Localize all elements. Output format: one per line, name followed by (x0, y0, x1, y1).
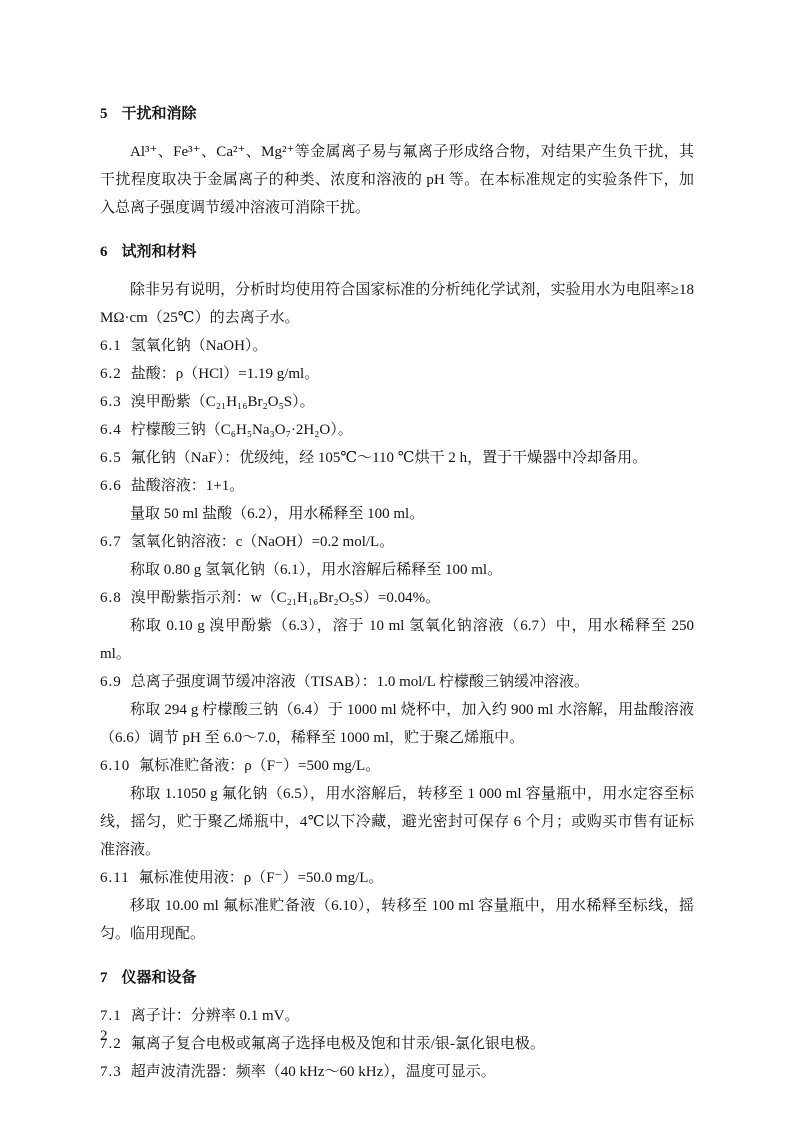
item-number: 6.11 (100, 870, 130, 886)
item-text: 盐酸：ρ（HCl）=1.19 g/ml。 (131, 366, 319, 382)
paragraph: 移取 10.00 ml 氟标准贮备液（6.10），转移至 100 ml 容量瓶中… (100, 892, 694, 948)
list-item: 6.11氟标准使用液：ρ（F⁻）=50.0 mg/L。 (100, 864, 694, 892)
document-content: 5干扰和消除Al³⁺、Fe³⁺、Ca²⁺、Mg²⁺等金属离子易与氟离子形成络合物… (100, 100, 694, 1086)
section-title: 试剂和材料 (122, 243, 197, 260)
paragraph: 称取 0.10 g 溴甲酚紫（6.3），溶于 10 ml 氢氧化钠溶液（6.7）… (100, 612, 694, 668)
item-text: 溴甲酚紫指示剂：w（C₂₁H₁₆Br₂O₅S）=0.04%。 (131, 590, 440, 606)
paragraph: 称取 294 g 柠檬酸三钠（6.4）于 1000 ml 烧杯中，加入约 900… (100, 696, 694, 752)
page-number: 2 (100, 1022, 108, 1050)
list-item: 6.7氢氧化钠溶液：c（NaOH）=0.2 mol/L。 (100, 528, 694, 556)
section-heading: 7仪器和设备 (100, 964, 694, 992)
item-text: 柠檬酸三钠（C₆H₅Na₃O₇·2H₂O）。 (131, 422, 353, 438)
item-number: 6.10 (100, 758, 130, 774)
list-item: 7.1离子计：分辨率 0.1 mV。 (100, 1002, 694, 1030)
list-item: 6.6盐酸溶液：1+1。 (100, 472, 694, 500)
item-text: 氟标准贮备液：ρ（F⁻）=500 mg/L。 (139, 758, 380, 774)
list-item: 6.8溴甲酚紫指示剂：w（C₂₁H₁₆Br₂O₅S）=0.04%。 (100, 584, 694, 612)
document-page: 5干扰和消除Al³⁺、Fe³⁺、Ca²⁺、Mg²⁺等金属离子易与氟离子形成络合物… (0, 0, 794, 1123)
item-text: 氢氧化钠（NaOH）。 (131, 338, 268, 354)
item-number: 7.3 (100, 1064, 122, 1080)
paragraph: Al³⁺、Fe³⁺、Ca²⁺、Mg²⁺等金属离子易与氟离子形成络合物，对结果产生… (100, 138, 694, 222)
item-number: 6.2 (100, 366, 122, 382)
item-text: 离子计：分辨率 0.1 mV。 (131, 1008, 300, 1024)
list-item: 6.1氢氧化钠（NaOH）。 (100, 332, 694, 360)
item-text: 超声波清洗器：频率（40 kHz～60 kHz），温度可显示。 (131, 1064, 496, 1080)
item-number: 6.1 (100, 338, 122, 354)
item-number: 6.7 (100, 534, 122, 550)
item-text: 氟标准使用液：ρ（F⁻）=50.0 mg/L。 (139, 870, 384, 886)
item-number: 6.9 (100, 674, 122, 690)
list-item: 6.4柠檬酸三钠（C₆H₅Na₃O₇·2H₂O）。 (100, 416, 694, 444)
item-text: 氟化钠（NaF）：优级纯，经 105℃～110 ℃烘干 2 h，置于干燥器中冷却… (131, 450, 647, 466)
list-item: 6.9总离子强度调节缓冲溶液（TISAB）：1.0 mol/L 柠檬酸三钠缓冲溶… (100, 668, 694, 696)
list-item: 7.3超声波清洗器：频率（40 kHz～60 kHz），温度可显示。 (100, 1058, 694, 1086)
item-text: 氢氧化钠溶液：c（NaOH）=0.2 mol/L。 (131, 534, 394, 550)
list-item: 6.5氟化钠（NaF）：优级纯，经 105℃～110 ℃烘干 2 h，置于干燥器… (100, 444, 694, 472)
item-number: 6.4 (100, 422, 122, 438)
item-text: 溴甲酚紫（C₂₁H₁₆Br₂O₅S）。 (131, 394, 315, 410)
section-number: 7 (100, 970, 108, 986)
section-title: 干扰和消除 (122, 105, 197, 122)
paragraph: 称取 0.80 g 氢氧化钠（6.1），用水溶解后稀释至 100 ml。 (100, 556, 694, 584)
list-item: 6.10氟标准贮备液：ρ（F⁻）=500 mg/L。 (100, 752, 694, 780)
paragraph: 除非另有说明，分析时均使用符合国家标准的分析纯化学试剂，实验用水为电阻率≥18 … (100, 276, 694, 332)
paragraph: 量取 50 ml 盐酸（6.2），用水稀释至 100 ml。 (100, 500, 694, 528)
list-item: 6.3溴甲酚紫（C₂₁H₁₆Br₂O₅S）。 (100, 388, 694, 416)
section-heading: 5干扰和消除 (100, 100, 694, 128)
item-number: 6.5 (100, 450, 122, 466)
item-text: 总离子强度调节缓冲溶液（TISAB）：1.0 mol/L 柠檬酸三钠缓冲溶液。 (131, 674, 589, 690)
item-number: 6.3 (100, 394, 122, 410)
section-number: 6 (100, 244, 108, 260)
section-number: 5 (100, 106, 108, 122)
list-item: 7.2氟离子复合电极或氟离子选择电极及饱和甘汞/银-氯化银电极。 (100, 1030, 694, 1058)
section-heading: 6试剂和材料 (100, 238, 694, 266)
item-text: 氟离子复合电极或氟离子选择电极及饱和甘汞/银-氯化银电极。 (131, 1036, 545, 1052)
paragraph: 称取 1.1050 g 氟化钠（6.5），用水溶解后，转移至 1 000 ml … (100, 780, 694, 864)
section-title: 仪器和设备 (122, 969, 197, 986)
item-number: 6.6 (100, 478, 122, 494)
item-number: 6.8 (100, 590, 122, 606)
list-item: 6.2盐酸：ρ（HCl）=1.19 g/ml。 (100, 360, 694, 388)
item-text: 盐酸溶液：1+1。 (131, 478, 244, 494)
